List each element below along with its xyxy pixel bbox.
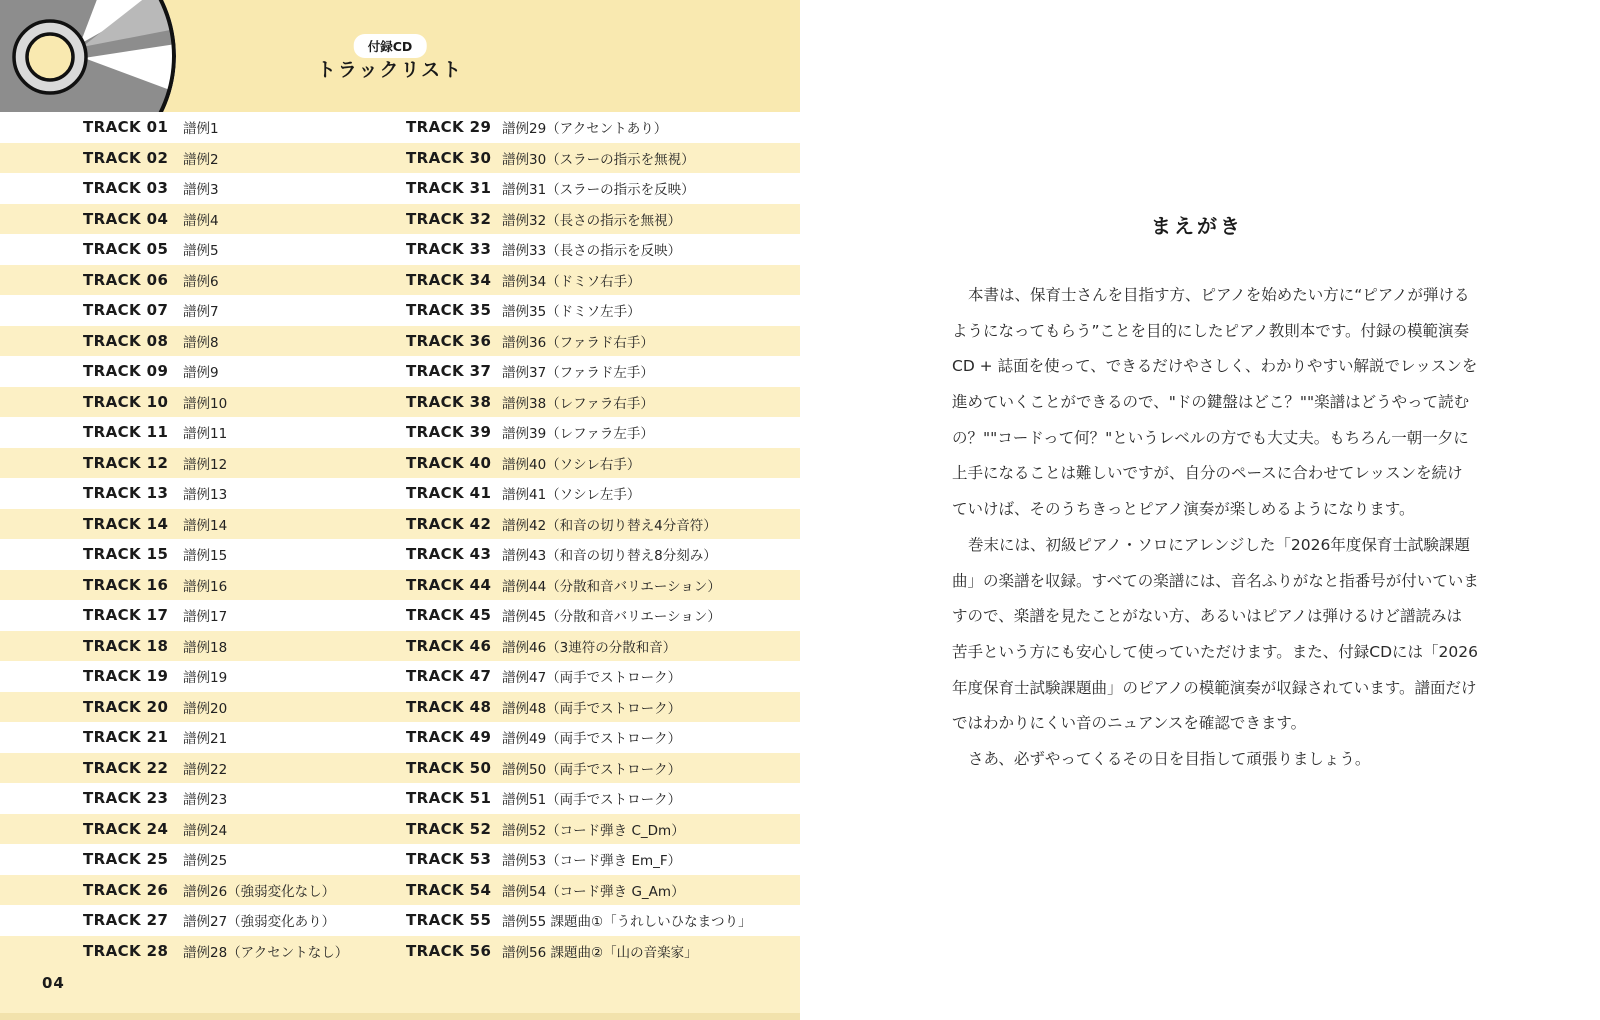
track-desc: 譜例37（ファラド左手） <box>502 361 654 381</box>
track-number: TRACK 43 <box>406 545 491 563</box>
track-row: TRACK 18譜例18TRACK 46譜例46（3連符の分散和音） <box>0 631 800 662</box>
preface-line: の？""コードって何？"というレベルの方でも大丈夫。もちろん一朝一夕に <box>952 421 1442 457</box>
track-number: TRACK 29 <box>406 118 491 136</box>
track-number: TRACK 02 <box>83 149 168 167</box>
track-number: TRACK 12 <box>83 454 168 472</box>
track-row: TRACK 23譜例23TRACK 51譜例51（両手でストローク） <box>0 783 800 814</box>
track-number: TRACK 06 <box>83 271 168 289</box>
track-desc: 譜例12 <box>183 453 227 473</box>
track-desc: 譜例55 課題曲①「うれしいひなまつり」 <box>502 910 752 930</box>
preface-body: 本書は、保育士さんを目指す方、ピアノを始めたい方に“ピアノが弾けるようになっても… <box>952 278 1442 778</box>
track-row: TRACK 03譜例3TRACK 31譜例31（スラーの指示を反映） <box>0 173 800 204</box>
track-desc: 譜例4 <box>183 209 219 229</box>
track-number: TRACK 31 <box>406 179 491 197</box>
track-row: TRACK 01譜例1TRACK 29譜例29（アクセントあり） <box>0 112 800 143</box>
track-desc: 譜例23 <box>183 788 227 808</box>
track-desc: 譜例54（コード弾き G_Am） <box>502 880 685 900</box>
track-number: TRACK 14 <box>83 515 168 533</box>
track-row: TRACK 16譜例16TRACK 44譜例44（分散和音バリエーション） <box>0 570 800 601</box>
track-desc: 譜例49（両手でストローク） <box>502 727 681 747</box>
track-desc: 譜例18 <box>183 636 227 656</box>
track-row: TRACK 19譜例19TRACK 47譜例47（両手でストローク） <box>0 661 800 692</box>
track-desc: 譜例45（分散和音バリエーション） <box>502 605 721 625</box>
track-number: TRACK 01 <box>83 118 168 136</box>
track-number: TRACK 49 <box>406 728 491 746</box>
track-number: TRACK 30 <box>406 149 491 167</box>
preface-line: すので、楽譜を見たことがない方、あるいはピアノは弾けるけど譜読みは <box>952 599 1442 635</box>
track-desc: 譜例5 <box>183 239 219 259</box>
preface-line: ていけば、そのうちきっとピアノ演奏が楽しめるようになります。 <box>952 492 1442 528</box>
track-desc: 譜例48（両手でストローク） <box>502 697 681 717</box>
track-row: TRACK 26譜例26（強弱変化なし）TRACK 54譜例54（コード弾き G… <box>0 875 800 906</box>
track-desc: 譜例34（ドミソ右手） <box>502 270 641 290</box>
track-desc: 譜例25 <box>183 849 227 869</box>
track-desc: 譜例36（ファラド右手） <box>502 331 654 351</box>
track-desc: 譜例13 <box>183 483 227 503</box>
preface-line: ではわかりにくい音のニュアンスを確認できます。 <box>952 706 1442 742</box>
track-number: TRACK 21 <box>83 728 168 746</box>
track-number: TRACK 46 <box>406 637 491 655</box>
track-desc: 譜例7 <box>183 300 219 320</box>
track-row: TRACK 08譜例8TRACK 36譜例36（ファラド右手） <box>0 326 800 357</box>
track-row: TRACK 02譜例2TRACK 30譜例30（スラーの指示を無視） <box>0 143 800 174</box>
track-number: TRACK 44 <box>406 576 491 594</box>
track-desc: 譜例16 <box>183 575 227 595</box>
track-number: TRACK 11 <box>83 423 168 441</box>
track-number: TRACK 45 <box>406 606 491 624</box>
preface-line: 本書は、保育士さんを目指す方、ピアノを始めたい方に“ピアノが弾ける <box>952 278 1442 314</box>
track-desc: 譜例8 <box>183 331 219 351</box>
track-row: TRACK 13譜例13TRACK 41譜例41（ソシレ左手） <box>0 478 800 509</box>
track-desc: 譜例22 <box>183 758 227 778</box>
track-desc: 譜例38（レファラ右手） <box>502 392 654 412</box>
track-row: TRACK 15譜例15TRACK 43譜例43（和音の切り替え8分刻み） <box>0 539 800 570</box>
preface-line: 曲」の楽譜を収録。すべての楽譜には、音名ふりがなと指番号が付いていま <box>952 564 1442 600</box>
track-number: TRACK 10 <box>83 393 168 411</box>
track-row: TRACK 10譜例10TRACK 38譜例38（レファラ右手） <box>0 387 800 418</box>
track-number: TRACK 41 <box>406 484 491 502</box>
track-table: TRACK 01譜例1TRACK 29譜例29（アクセントあり）TRACK 02… <box>0 112 800 966</box>
track-desc: 譜例47（両手でストローク） <box>502 666 681 686</box>
track-number: TRACK 50 <box>406 759 491 777</box>
track-row: TRACK 20譜例20TRACK 48譜例48（両手でストローク） <box>0 692 800 723</box>
track-desc: 譜例39（レファラ左手） <box>502 422 654 442</box>
track-number: TRACK 03 <box>83 179 168 197</box>
tracklist-title: トラックリスト <box>317 55 463 82</box>
track-desc: 譜例9 <box>183 361 219 381</box>
track-row: TRACK 05譜例5TRACK 33譜例33（長さの指示を反映） <box>0 234 800 265</box>
preface-line: 年度保育士試験課題曲」のピアノの模範演奏が収録されています。譜面だけ <box>952 671 1442 707</box>
track-number: TRACK 17 <box>83 606 168 624</box>
track-row: TRACK 17譜例17TRACK 45譜例45（分散和音バリエーション） <box>0 600 800 631</box>
track-desc: 譜例2 <box>183 148 219 168</box>
track-number: TRACK 07 <box>83 301 168 319</box>
track-number: TRACK 34 <box>406 271 491 289</box>
track-number: TRACK 22 <box>83 759 168 777</box>
track-number: TRACK 24 <box>83 820 168 838</box>
track-number: TRACK 05 <box>83 240 168 258</box>
track-desc: 譜例6 <box>183 270 219 290</box>
track-number: TRACK 51 <box>406 789 491 807</box>
track-desc: 譜例46（3連符の分散和音） <box>502 636 676 656</box>
track-desc: 譜例24 <box>183 819 227 839</box>
track-desc: 譜例31（スラーの指示を反映） <box>502 178 695 198</box>
track-row: TRACK 25譜例25TRACK 53譜例53（コード弾き Em_F） <box>0 844 800 875</box>
track-number: TRACK 36 <box>406 332 491 350</box>
track-number: TRACK 37 <box>406 362 491 380</box>
track-number: TRACK 20 <box>83 698 168 716</box>
preface-title: まえがき <box>952 210 1442 239</box>
track-desc: 譜例21 <box>183 727 227 747</box>
preface-line: 苦手という方にも安心して使っていただけます。また、付録CDには「2026 <box>952 635 1442 671</box>
track-row: TRACK 04譜例4TRACK 32譜例32（長さの指示を無視） <box>0 204 800 235</box>
track-desc: 譜例44（分散和音バリエーション） <box>502 575 721 595</box>
track-desc: 譜例52（コード弾き C_Dm） <box>502 819 685 839</box>
track-desc: 譜例1 <box>183 117 219 137</box>
track-desc: 譜例35（ドミソ左手） <box>502 300 641 320</box>
track-row: TRACK 21譜例21TRACK 49譜例49（両手でストローク） <box>0 722 800 753</box>
track-number: TRACK 25 <box>83 850 168 868</box>
track-number: TRACK 48 <box>406 698 491 716</box>
track-desc: 譜例27（強弱変化あり） <box>183 910 335 930</box>
track-number: TRACK 55 <box>406 911 491 929</box>
tracklist-page: 付録CD トラックリスト TRACK 01譜例1TRACK 29譜例29（アクセ… <box>0 0 800 1020</box>
track-desc: 譜例11 <box>183 422 227 442</box>
track-desc: 譜例28（アクセントなし） <box>183 941 348 961</box>
track-number: TRACK 56 <box>406 942 491 960</box>
track-number: TRACK 16 <box>83 576 168 594</box>
track-desc: 譜例20 <box>183 697 227 717</box>
track-number: TRACK 15 <box>83 545 168 563</box>
track-desc: 譜例51（両手でストローク） <box>502 788 681 808</box>
track-row: TRACK 28譜例28（アクセントなし）TRACK 56譜例56 課題曲②「山… <box>0 936 800 967</box>
track-desc: 譜例14 <box>183 514 227 534</box>
track-desc: 譜例10 <box>183 392 227 412</box>
track-row: TRACK 27譜例27（強弱変化あり）TRACK 55譜例55 課題曲①「うれ… <box>0 905 800 936</box>
track-number: TRACK 33 <box>406 240 491 258</box>
track-desc: 譜例40（ソシレ右手） <box>502 453 640 473</box>
preface-line: さあ、必ずやってくるその日を目指して頑張りましょう。 <box>952 742 1442 778</box>
page-number: 04 <box>42 974 65 992</box>
track-desc: 譜例17 <box>183 605 227 625</box>
track-desc: 譜例33（長さの指示を反映） <box>502 239 681 259</box>
track-number: TRACK 39 <box>406 423 491 441</box>
track-number: TRACK 26 <box>83 881 168 899</box>
track-number: TRACK 28 <box>83 942 168 960</box>
track-number: TRACK 52 <box>406 820 491 838</box>
track-desc: 譜例32（長さの指示を無視） <box>502 209 681 229</box>
tracklist-header: 付録CD トラックリスト <box>0 0 800 112</box>
track-desc: 譜例50（両手でストローク） <box>502 758 681 778</box>
track-number: TRACK 23 <box>83 789 168 807</box>
track-number: TRACK 32 <box>406 210 491 228</box>
track-row: TRACK 07譜例7TRACK 35譜例35（ドミソ左手） <box>0 295 800 326</box>
track-number: TRACK 38 <box>406 393 491 411</box>
track-number: TRACK 47 <box>406 667 491 685</box>
track-number: TRACK 19 <box>83 667 168 685</box>
track-number: TRACK 42 <box>406 515 491 533</box>
track-desc: 譜例29（アクセントあり） <box>502 117 667 137</box>
track-desc: 譜例42（和音の切り替え4分音符） <box>502 514 717 534</box>
preface-line: CD + 誌面を使って、できるだけやさしく、わかりやすい解説でレッスンを <box>952 349 1442 385</box>
track-row: TRACK 22譜例22TRACK 50譜例50（両手でストローク） <box>0 753 800 784</box>
track-number: TRACK 35 <box>406 301 491 319</box>
track-desc: 譜例43（和音の切り替え8分刻み） <box>502 544 717 564</box>
preface-page: まえがき 本書は、保育士さんを目指す方、ピアノを始めたい方に“ピアノが弾けるよう… <box>800 0 1600 1020</box>
page-footer: 04 <box>0 966 800 1020</box>
track-number: TRACK 09 <box>83 362 168 380</box>
track-desc: 譜例30（スラーの指示を無視） <box>502 148 695 168</box>
track-number: TRACK 54 <box>406 881 491 899</box>
track-number: TRACK 18 <box>83 637 168 655</box>
preface-line: 進めていくことができるので、"ドの鍵盤はどこ？""楽譜はどうやって読む <box>952 385 1442 421</box>
track-row: TRACK 09譜例9TRACK 37譜例37（ファラド左手） <box>0 356 800 387</box>
cd-icon <box>0 0 210 112</box>
track-row: TRACK 14譜例14TRACK 42譜例42（和音の切り替え4分音符） <box>0 509 800 540</box>
track-desc: 譜例26（強弱変化なし） <box>183 880 335 900</box>
track-desc: 譜例53（コード弾き Em_F） <box>502 849 681 869</box>
track-desc: 譜例19 <box>183 666 227 686</box>
track-row: TRACK 24譜例24TRACK 52譜例52（コード弾き C_Dm） <box>0 814 800 845</box>
track-number: TRACK 27 <box>83 911 168 929</box>
track-number: TRACK 53 <box>406 850 491 868</box>
page-edge-shadow <box>0 1013 800 1020</box>
track-desc: 譜例56 課題曲②「山の音楽家」 <box>502 941 698 961</box>
preface-line: 巻末には、初級ピアノ・ソロにアレンジした「2026年度保育士試験課題 <box>952 528 1442 564</box>
track-row: TRACK 06譜例6TRACK 34譜例34（ドミソ右手） <box>0 265 800 296</box>
preface-line: 上手になることは難しいですが、自分のペースに合わせてレッスンを続け <box>952 456 1442 492</box>
track-number: TRACK 04 <box>83 210 168 228</box>
track-desc: 譜例41（ソシレ左手） <box>502 483 640 503</box>
track-number: TRACK 13 <box>83 484 168 502</box>
preface-line: ようになってもらう”ことを目的にしたピアノ教則本です。付録の模範演奏 <box>952 314 1442 350</box>
track-number: TRACK 40 <box>406 454 491 472</box>
track-number: TRACK 08 <box>83 332 168 350</box>
track-row: TRACK 12譜例12TRACK 40譜例40（ソシレ右手） <box>0 448 800 479</box>
track-row: TRACK 11譜例11TRACK 39譜例39（レファラ左手） <box>0 417 800 448</box>
track-desc: 譜例3 <box>183 178 219 198</box>
track-desc: 譜例15 <box>183 544 227 564</box>
